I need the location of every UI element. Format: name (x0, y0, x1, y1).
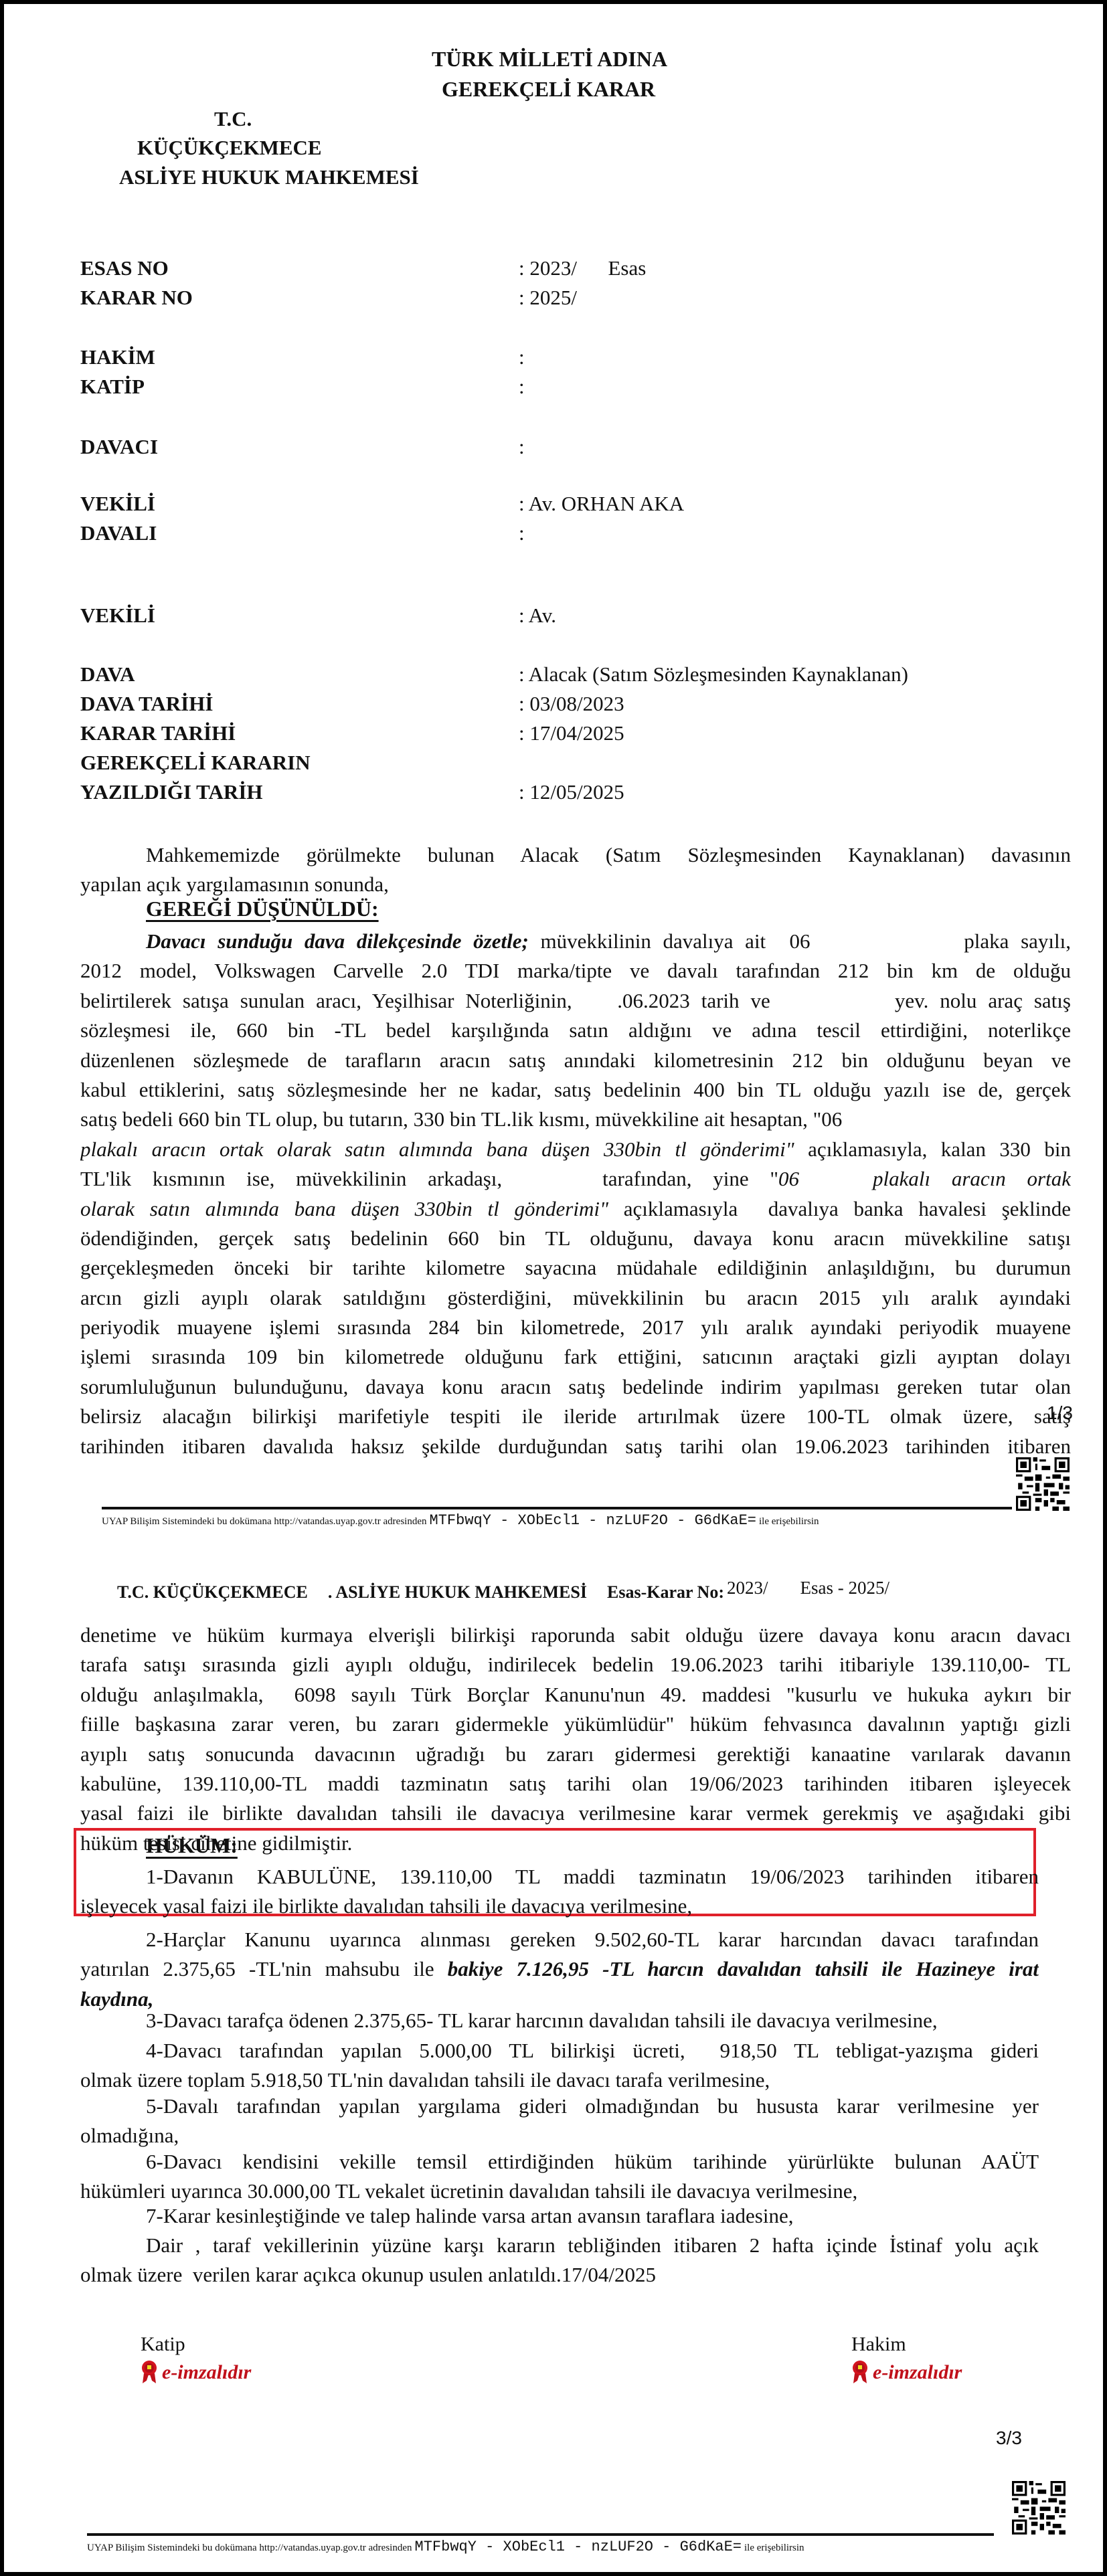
case-info-label: KARAR NO (80, 286, 193, 310)
footer-rule (87, 2533, 994, 2536)
text-line: işleyecek yasal faizi ile birlikte daval… (80, 1892, 1039, 1921)
case-info-label: KATİP (80, 375, 145, 399)
case-info-value: : 2023/ Esas (519, 256, 646, 280)
verification-code[interactable]: MTFbwqY - XObEcl1 - nzLUF2O - G6dKaE= (415, 2539, 742, 2555)
signature-role: Katip (141, 2333, 251, 2356)
text-line: kabul ettiklerini, satış sözleşmesinde h… (80, 1075, 1071, 1105)
text-line: düzenlenen sözleşmede de tarafların arac… (80, 1046, 1071, 1075)
case-info-value: : (519, 435, 525, 459)
case-info-label: GEREKÇELİ KARARIN (80, 751, 311, 775)
case-info-value: : (519, 375, 525, 399)
signature-clerk: Katip e-imzalıdır (141, 2333, 251, 2384)
text-line: olarak satın alımında bana düşen 330bin … (80, 1194, 1071, 1224)
case-info-label: ESAS NO (80, 256, 169, 280)
case-info-value: : (519, 521, 525, 545)
text-line: plakalı aracın ortak olarak satın alımın… (80, 1135, 1071, 1164)
e-signature-seal-icon (851, 2360, 869, 2384)
text-line: 2012 model, Volkswagen Carvelle 2.0 TDI … (80, 956, 1071, 986)
text-line: işlemi sırasında 109 bin kilometrede old… (80, 1342, 1071, 1372)
footer-rule (102, 1507, 1012, 1509)
text-line: Mahkememizde görülmekte bulunan Alacak (… (80, 840, 1071, 870)
verdict-item-4: 4-Davacı tarafından yapılan 5.000,00 TL … (80, 2036, 1039, 2096)
text-line: yatırılan 2.375,65 -TL'nin mahsubu ile b… (80, 1954, 1039, 1984)
page-number: 1/3 (1047, 1402, 1073, 1424)
page-number: 3/3 (996, 2427, 1022, 2449)
verdict-item-7: 7-Karar kesinleştiğinde ve talep halinde… (80, 2201, 1039, 2231)
text-line: olduğu anlaşılmakla, 6098 sayılı Türk Bo… (80, 1680, 1071, 1710)
document-title-line1: TÜRK MİLLETİ ADINA (432, 47, 667, 72)
text-line: fiille başkasına zarar veren, bu zararı … (80, 1710, 1071, 1739)
text-line: tarihinden itibaren davalıda haksız şeki… (80, 1432, 1071, 1461)
case-info-value: : 17/04/2025 (519, 721, 624, 745)
header-court-city: T.C. KÜÇÜKÇEKMECE (117, 1582, 308, 1602)
court-city: KÜÇÜKÇEKMECE (137, 136, 322, 160)
reasoning-paragraph: denetime ve hüküm kurmaya elverişli bili… (80, 1621, 1071, 1858)
case-info-value: : 12/05/2025 (519, 780, 624, 804)
case-info-label: DAVA (80, 662, 135, 686)
closing-paragraph: Dair , taraf vekillerinin yüzüne karşı k… (80, 2231, 1039, 2290)
header-case-no: 2023/ (727, 1578, 768, 1598)
summary-lead: Davacı sunduğu dava dilekçesinde özetle; (146, 929, 529, 953)
text-line: sorumluluğunun bulunduğunu, davaya konu … (80, 1372, 1071, 1402)
case-info-value: : 03/08/2023 (519, 692, 624, 716)
court-tc: T.C. (214, 107, 252, 131)
case-info-value: : Alacak (Satım Sözleşmesinden Kaynaklan… (519, 662, 908, 686)
header-case-decision: Esas - 2025/ (800, 1578, 889, 1598)
verdict-item-3: 3-Davacı tarafça ödenen 2.375,65- TL kar… (80, 2006, 1039, 2035)
case-info-label: DAVALI (80, 521, 157, 545)
text-line: 4-Davacı tarafından yapılan 5.000,00 TL … (80, 2036, 1039, 2065)
text-line: 5-Davalı tarafından yapılan yargılama gi… (80, 2092, 1039, 2121)
case-info-label: YAZILDIĞI TARİH (80, 780, 263, 804)
case-info-label: VEKİLİ (80, 492, 155, 516)
text-line: 6-Davacı kendisini vekille temsil ettird… (80, 2147, 1039, 2177)
text-line: kabulüne, 139.110,00-TL maddi tazminatın… (80, 1769, 1071, 1799)
text-line: periyodik muayene işlemi sırasında 284 b… (80, 1313, 1071, 1342)
verification-code[interactable]: MTFbwqY - XObEcl1 - nzLUF2O - G6dKaE= (430, 1512, 756, 1529)
section-heading-geregi: GEREĞİ DÜŞÜNÜLDÜ: (146, 897, 379, 921)
text-line: ödendiğinden, gerçek satış bedelinin 660… (80, 1224, 1071, 1253)
text-line: tarafa satışı sırasında gizli ayıplı old… (80, 1650, 1071, 1679)
case-info-label: HAKİM (80, 345, 155, 369)
court-name: ASLİYE HUKUK MAHKEMESİ (119, 165, 419, 189)
text-line: satış bedeli 660 bin TL olup, bu tutarın… (80, 1105, 1071, 1134)
text-line: arcın gizli ayıplı olarak satıldığını gö… (80, 1283, 1071, 1313)
header-case-label: Esas-Karar No: (607, 1582, 724, 1602)
signature-role: Hakim (851, 2333, 962, 2356)
verdict-item-5: 5-Davalı tarafından yapılan yargılama gi… (80, 2092, 1039, 2151)
qr-code-icon (1016, 1457, 1070, 1511)
signature-judge: Hakim e-imzalıdır (851, 2333, 962, 2384)
text-line: ayıplı satış sonucunda davacının uğradığ… (80, 1740, 1071, 1769)
text-line: 1-Davanın KABULÜNE, 139.110,00 TL maddi … (80, 1862, 1039, 1892)
footer-verification: UYAP Bilişim Sistemindeki bu dokümana ht… (102, 1512, 819, 1529)
footer-verification: UYAP Bilişim Sistemindeki bu dokümana ht… (87, 2539, 804, 2555)
text-line: Davacı sunduğu dava dilekçesinde özetle;… (80, 927, 1071, 956)
text-line: sözleşmesi ile, 660 bin -TL bedel karşıl… (80, 1016, 1071, 1045)
case-info-value: : Av. (519, 604, 556, 628)
page-header: T.C. KÜÇÜKÇEKMECE . ASLİYE HUKUK MAHKEME… (117, 1578, 889, 1602)
e-signature-status: e-imzalıdır (873, 2361, 962, 2383)
verdict-item-1: 1-Davanın KABULÜNE, 139.110,00 TL maddi … (80, 1862, 1039, 1922)
e-signature-seal-icon (141, 2360, 158, 2384)
intro-paragraph: Mahkememizde görülmekte bulunan Alacak (… (80, 840, 1071, 900)
text-line: 7-Karar kesinleştiğinde ve talep halinde… (80, 2201, 1039, 2231)
text-line: Dair , taraf vekillerinin yüzüne karşı k… (80, 2231, 1039, 2260)
text-line: TL'lik kısmının ise, müvekkilinin arkada… (80, 1164, 1071, 1194)
text-line: denetime ve hüküm kurmaya elverişli bili… (80, 1621, 1071, 1650)
text-line: yasal faizi ile birlikte davalıdan tahsi… (80, 1799, 1071, 1828)
header-court-name: . ASLİYE HUKUK MAHKEMESİ (328, 1582, 587, 1602)
text-line: gerçekleşmeden önceki bir tarihte kilome… (80, 1253, 1071, 1283)
text-line: yapılan açık yargılamasının sonunda, (80, 870, 1071, 899)
claim-summary: Davacı sunduğu dava dilekçesinde özetle;… (80, 927, 1071, 1461)
text-line: belirtilerek satışa sunulan aracı, Yeşil… (80, 986, 1071, 1016)
case-info-value: : Av. ORHAN AKA (519, 492, 684, 516)
case-info-label: VEKİLİ (80, 604, 155, 628)
text-line: 3-Davacı tarafça ödenen 2.375,65- TL kar… (80, 2006, 1039, 2035)
document-title-line2: GEREKÇELİ KARAR (442, 77, 655, 102)
case-info-value: : 2025/ (519, 286, 577, 310)
text-line: belirsiz alacağın bilirkişi marifetiyle … (80, 1402, 1071, 1431)
verdict-item-2: 2-Harçlar Kanunu uyarınca alınması gerek… (80, 1925, 1039, 2014)
case-info-value: : (519, 345, 525, 369)
verdict-item-6: 6-Davacı kendisini vekille temsil ettird… (80, 2147, 1039, 2207)
text-line: 2-Harçlar Kanunu uyarınca alınması gerek… (80, 1925, 1039, 1954)
verdict-heading: HÜKÜM: (146, 1833, 238, 1858)
case-info-label: DAVACI (80, 435, 158, 459)
qr-code-icon (1012, 2481, 1066, 2535)
case-info-label: DAVA TARİHİ (80, 692, 213, 716)
text-line: olmak üzere verilen karar açıkca okunup … (80, 2260, 1039, 2290)
case-info-label: KARAR TARİHİ (80, 721, 236, 745)
e-signature-status: e-imzalıdır (162, 2361, 251, 2383)
